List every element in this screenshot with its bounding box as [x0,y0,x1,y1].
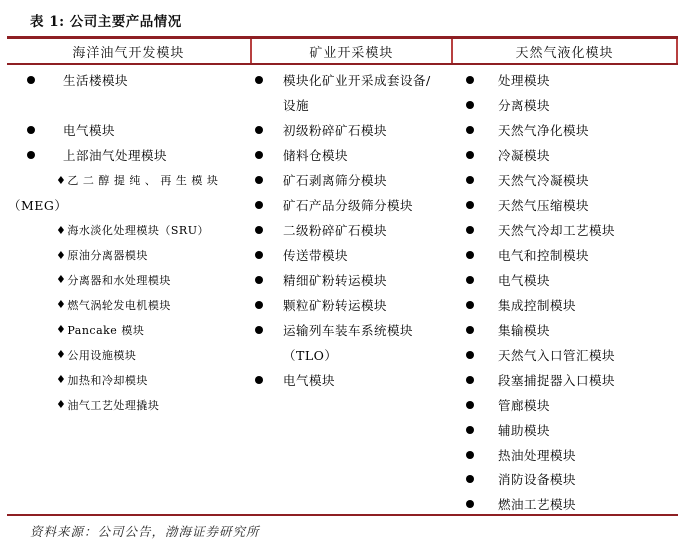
product-item-label: 矿石剥离筛分模块 [283,171,387,189]
product-item-label: 冷凝模块 [498,146,550,164]
product-item-label: 燃气涡轮发电机模块 [67,297,171,313]
product-item-label: Pancake 模块 [67,322,144,338]
product-item: 冷凝模块 [453,143,678,168]
bullet-icon [466,326,498,334]
product-item-label: 模块化矿业开采成套设备/ [283,71,431,89]
bullet-icon [466,475,498,483]
bullet-icon [466,151,498,159]
bullet-icon [255,376,283,384]
product-item-label: 分离模块 [498,96,550,114]
product-item: ♦乙二醇提纯、再生模块 [7,168,251,193]
product-item: 集输模块 [453,317,678,342]
product-item-label: 精细矿粉转运模块 [283,271,387,289]
product-item: 消防设备模块 [453,467,678,492]
product-item-label: 二级粉碎矿石模块 [283,221,387,239]
bullet-icon [27,76,63,84]
bullet-icon [466,301,498,309]
product-item: 天然气入口管汇模块 [453,342,678,367]
product-item-label: 热油处理模块 [498,446,576,464]
bullet-icon [466,451,498,459]
product-item: 电气模块 [453,268,678,293]
product-item: 上部油气处理模块 [7,143,252,168]
product-item: 设施 [252,93,453,118]
product-item: 矿石产品分级筛分模块 [252,193,453,218]
product-item-label: 集输模块 [498,321,550,339]
product-item: 生活楼模块 [7,68,252,93]
bullet-icon [255,201,283,209]
product-item: 电气模块 [7,118,252,143]
bullet-icon [255,76,283,84]
product-item: 天然气净化模块 [453,118,678,143]
product-item-label: 矿石产品分级筛分模块 [283,196,413,214]
product-item: ♦Pancake 模块 [7,317,251,342]
product-item: 模块化矿业开采成套设备/ [252,68,453,93]
product-item-label: 电气模块 [63,121,115,139]
product-item-label: 生活楼模块 [63,71,128,89]
product-item: ♦原油分离器模块 [7,243,251,268]
product-item-label: （TLO） [283,346,337,364]
product-item-label: 天然气净化模块 [498,121,589,139]
product-item: 电气模块 [252,367,453,392]
product-item: 初级粉碎矿石模块 [252,118,453,143]
product-item: ♦燃气涡轮发电机模块 [7,292,251,317]
product-item-label: 颗粒矿粉转运模块 [283,296,387,314]
product-item: 天然气冷凝模块 [453,168,678,193]
bullet-icon [466,101,498,109]
bullet-icon [466,500,498,508]
product-item: 热油处理模块 [453,442,678,467]
product-item: 管廊模块 [453,392,678,417]
bullet-icon [255,151,283,159]
bullet-icon [466,126,498,134]
diamond-icon: ♦ [56,298,66,311]
product-item: ♦公用设施模块 [7,342,251,367]
product-item-label: 天然气压缩模块 [498,196,589,214]
product-item-label: 电气模块 [498,271,550,289]
table-body: 生活楼模块电气模块上部油气处理模块♦乙二醇提纯、再生模块（MEG）♦海水淡化处理… [7,65,678,516]
diamond-icon: ♦ [56,348,66,361]
diamond-icon: ♦ [56,224,66,237]
product-item: 储料仓模块 [252,143,453,168]
product-item: 天然气冷却工艺模块 [453,218,678,243]
product-item: 分离模块 [453,93,678,118]
blank-line [7,93,252,118]
diamond-icon: ♦ [56,398,66,411]
table-header-row: 海洋油气开发模块 矿业开采模块 天然气液化模块 [7,39,678,65]
product-item-label: 分离器和水处理模块 [67,272,171,288]
product-item: ♦分离器和水处理模块 [7,268,251,293]
diamond-icon: ♦ [56,249,66,262]
column-offshore-oil-gas: 生活楼模块电气模块上部油气处理模块♦乙二醇提纯、再生模块（MEG）♦海水淡化处理… [7,65,252,514]
bullet-icon [466,276,498,284]
product-item: 辅助模块 [453,417,678,442]
products-table: 海洋油气开发模块 矿业开采模块 天然气液化模块 生活楼模块电气模块上部油气处理模… [7,36,678,516]
product-item: 运输列车装车系统模块 [252,317,453,342]
diamond-icon: ♦ [56,174,66,187]
product-item-label: 传送带模块 [283,246,348,264]
bullet-icon [466,76,498,84]
bullet-icon [466,351,498,359]
column-header-mining: 矿业开采模块 [250,39,451,63]
product-item-label: 电气模块 [283,371,335,389]
product-item: 集成控制模块 [453,292,678,317]
product-item-label: 公用设施模块 [67,347,136,363]
product-item-label: 油气工艺处理撬块 [67,397,159,413]
product-item-label: （MEG） [8,196,67,214]
bullet-icon [466,201,498,209]
bullet-icon [255,301,283,309]
column-mining: 模块化矿业开采成套设备/设施初级粉碎矿石模块储料仓模块矿石剥离筛分模块矿石产品分… [252,65,453,514]
product-item: 二级粉碎矿石模块 [252,218,453,243]
product-item-label: 储料仓模块 [283,146,348,164]
product-item-label: 加热和冷却模块 [67,372,148,388]
product-item-label: 天然气入口管汇模块 [498,346,615,364]
product-item-label: 初级粉碎矿石模块 [283,121,387,139]
product-item: 天然气压缩模块 [453,193,678,218]
product-item-label: 电气和控制模块 [498,246,589,264]
product-item-label: 管廊模块 [498,396,550,414]
report-table-page: 表 1: 公司主要产品情况 海洋油气开发模块 矿业开采模块 天然气液化模块 生活… [0,0,689,553]
bullet-icon [466,376,498,384]
product-item-label: 集成控制模块 [498,296,576,314]
product-item: 矿石剥离筛分模块 [252,168,453,193]
product-item: 处理模块 [453,68,678,93]
product-item-label: 原油分离器模块 [67,247,148,263]
table-title: 表 1: 公司主要产品情况 [30,10,182,30]
product-item: 精细矿粉转运模块 [252,268,453,293]
bullet-icon [255,226,283,234]
product-item-label: 运输列车装车系统模块 [283,321,413,339]
product-item-label: 处理模块 [498,71,550,89]
bullet-icon [255,276,283,284]
product-item-label: 海水淡化处理模块（SRU） [67,222,209,238]
diamond-icon: ♦ [56,273,66,286]
product-item: 燃油工艺模块 [453,492,678,517]
bullet-icon [466,426,498,434]
bullet-icon [255,126,283,134]
product-item: ♦油气工艺处理撬块 [7,392,251,417]
product-item: ♦加热和冷却模块 [7,367,251,392]
column-header-lng: 天然气液化模块 [451,39,678,63]
bullet-icon [466,226,498,234]
column-header-offshore-oil-gas: 海洋油气开发模块 [7,39,250,63]
product-item-label: 设施 [283,96,309,114]
product-item-label: 天然气冷却工艺模块 [498,221,615,239]
product-item: 颗粒矿粉转运模块 [252,292,453,317]
product-item: 电气和控制模块 [453,243,678,268]
bullet-icon [255,326,283,334]
product-item: （TLO） [252,342,453,367]
column-lng: 处理模块分离模块天然气净化模块冷凝模块天然气冷凝模块天然气压缩模块天然气冷却工艺… [453,65,678,514]
product-item: ♦海水淡化处理模块（SRU） [7,218,251,243]
diamond-icon: ♦ [56,373,66,386]
bullet-icon [466,176,498,184]
product-item-label: 辅助模块 [498,421,550,439]
bullet-icon [466,251,498,259]
product-item-label: 消防设备模块 [498,470,576,488]
product-item: 传送带模块 [252,243,453,268]
bullet-icon [255,176,283,184]
product-item: 段塞捕捉器入口模块 [453,367,678,392]
product-item-label: 段塞捕捉器入口模块 [498,371,615,389]
product-item-label: 乙二醇提纯、再生模块 [67,172,222,188]
product-item-label: 燃油工艺模块 [498,495,576,513]
diamond-icon: ♦ [56,323,66,336]
source-note: 资料来源：公司公告，渤海证券研究所 [30,522,260,540]
bullet-icon [255,251,283,259]
product-item-label: 上部油气处理模块 [63,146,167,164]
product-item: （MEG） [7,193,252,218]
bullet-icon [27,151,63,159]
bullet-icon [27,126,63,134]
product-item-label: 天然气冷凝模块 [498,171,589,189]
bullet-icon [466,401,498,409]
